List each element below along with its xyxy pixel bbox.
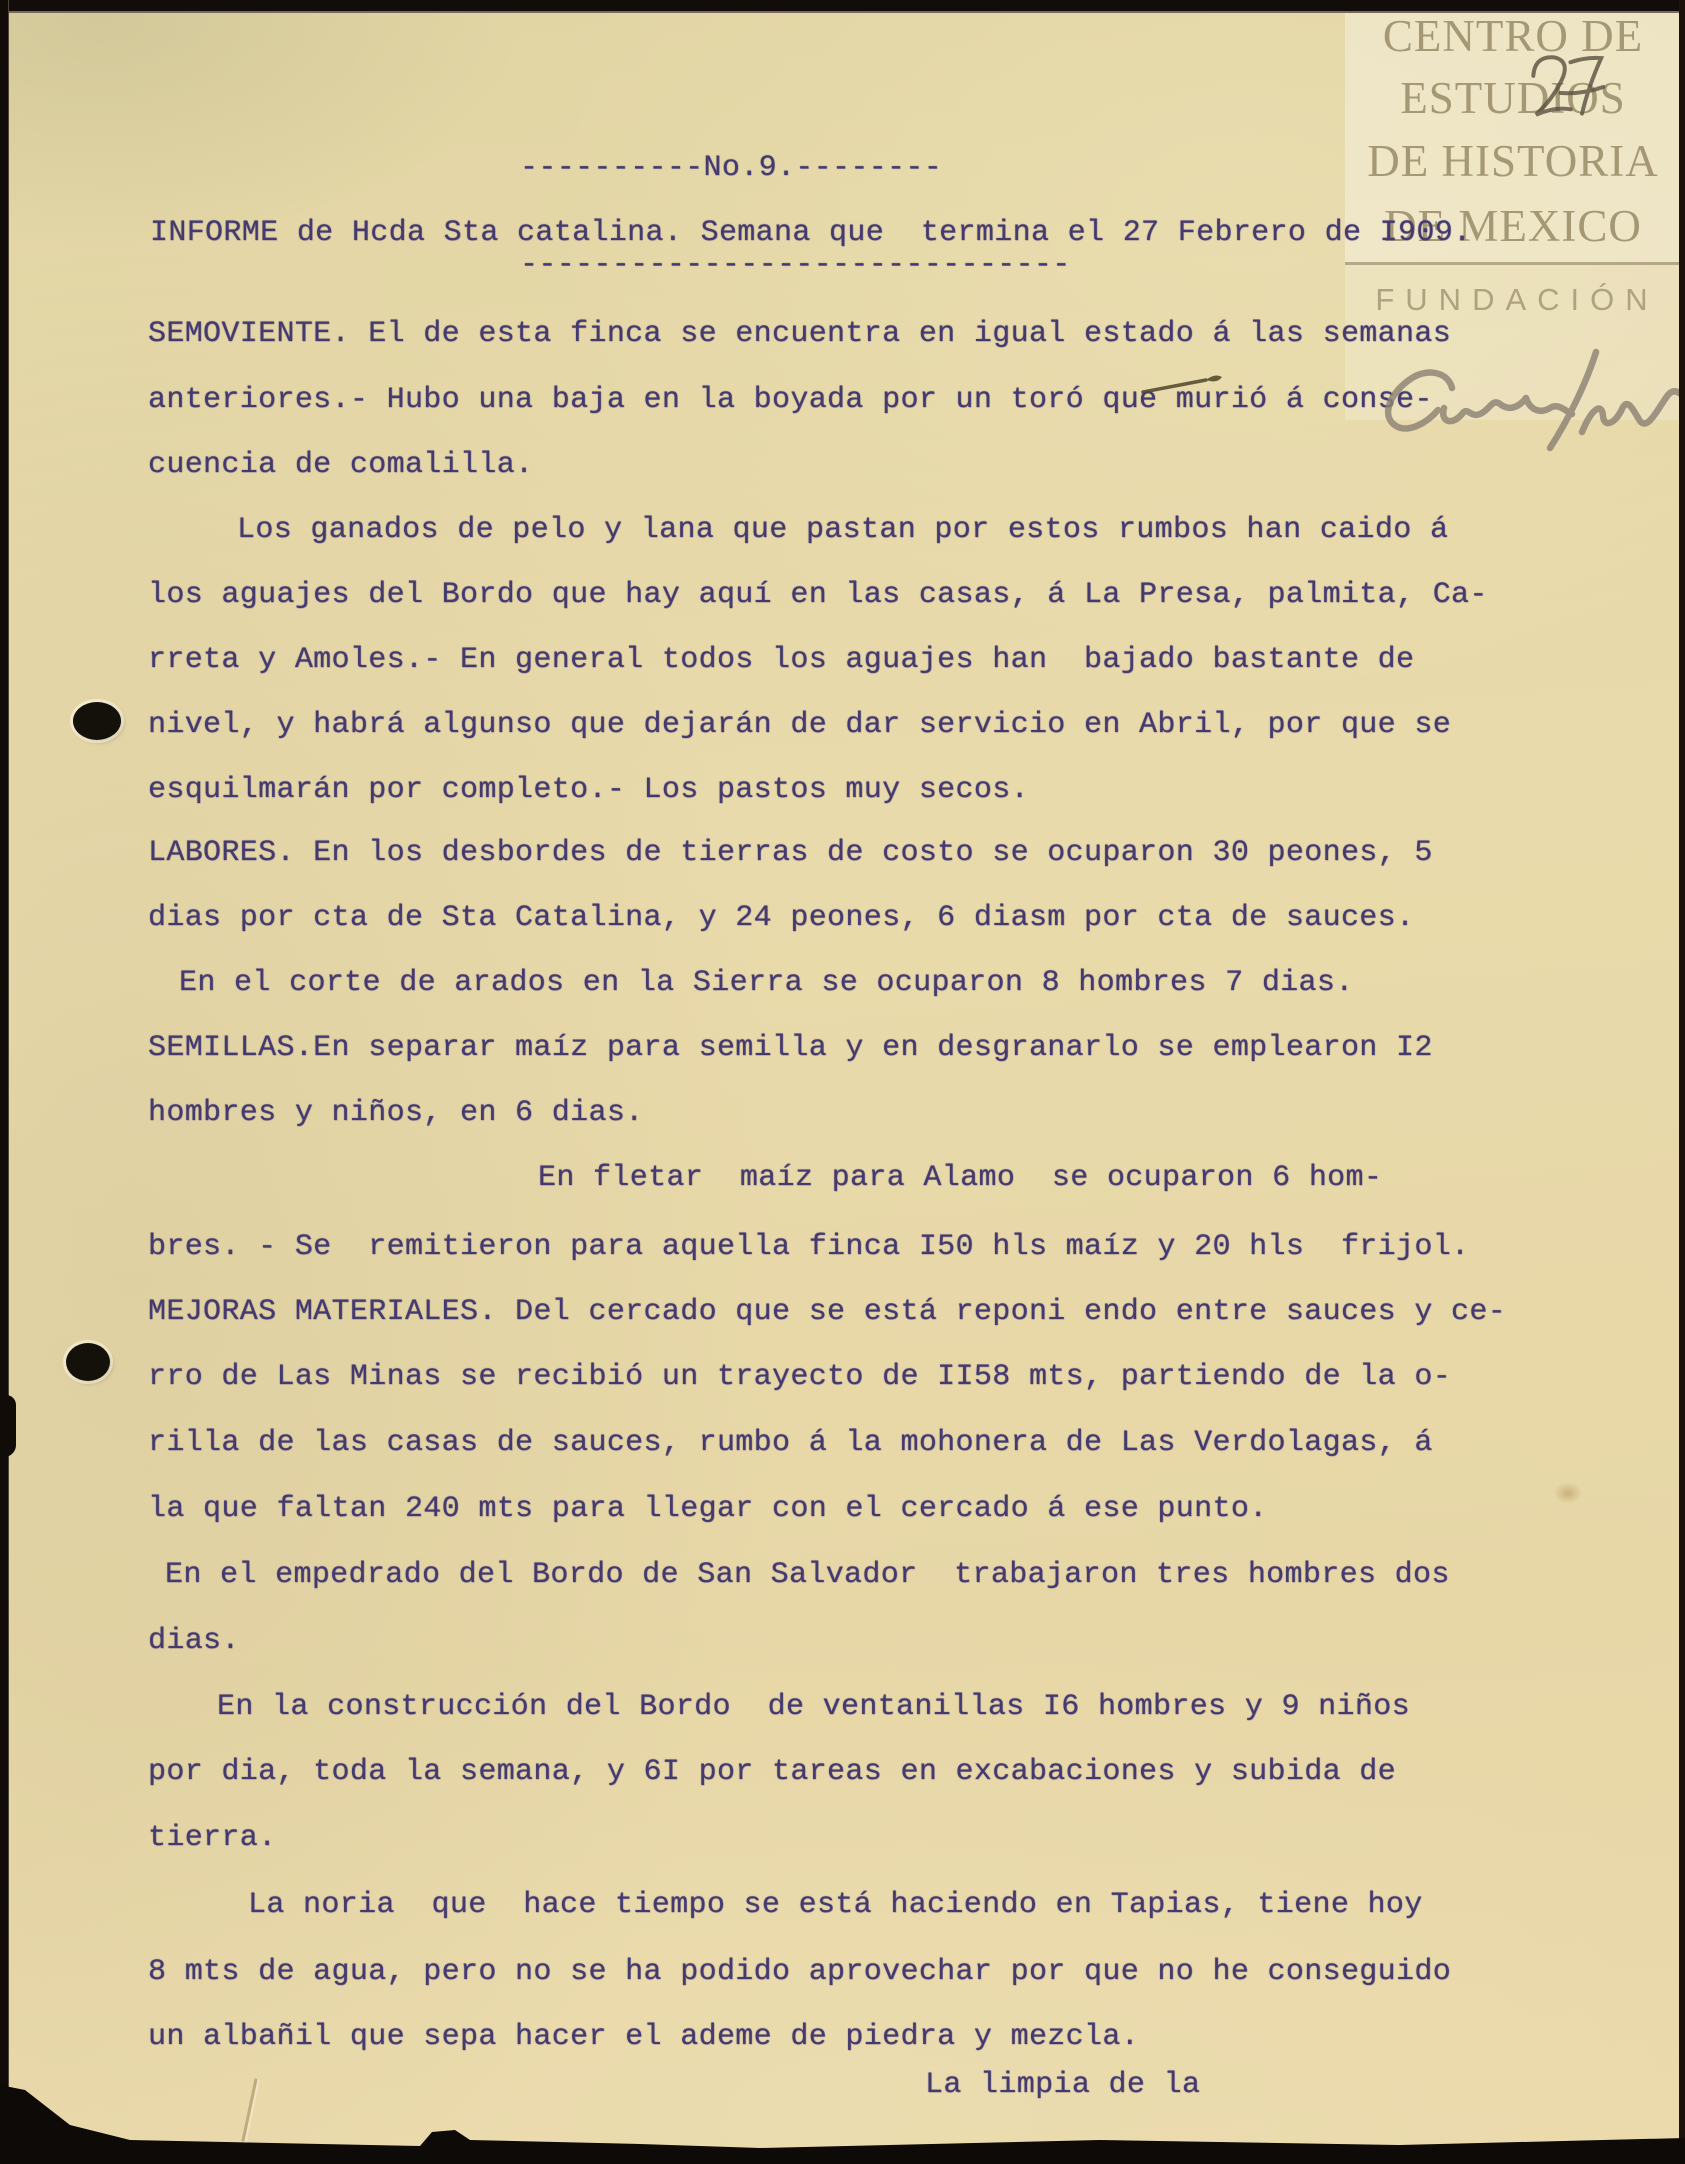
typed-line: rilla de las casas de sauces, rumbo á la…: [148, 1427, 1433, 1459]
paper-stain: [1548, 1478, 1588, 1508]
typed-line: la que faltan 240 mts para llegar con el…: [148, 1493, 1268, 1525]
typed-line: dias por cta de Sta Catalina, y 24 peone…: [148, 902, 1414, 934]
scan-border-left: [0, 0, 9, 2164]
typed-line: 8 mts de agua, pero no se ha podido apro…: [148, 1956, 1451, 1988]
typed-line: nivel, y habrá algunso que dejarán de da…: [148, 709, 1451, 741]
typed-line: En la construcción del Bordo de ventanil…: [217, 1691, 1410, 1723]
typed-line: hombres y niños, en 6 dias.: [148, 1097, 644, 1129]
typed-line: rro de Las Minas se recibió un trayecto …: [148, 1361, 1451, 1393]
typed-line: anteriores.- Hubo una baja en la boyada …: [148, 384, 1433, 416]
typed-line: tierra.: [148, 1822, 276, 1854]
typed-line: SEMOVIENTE. El de esta finca se encuentr…: [148, 318, 1451, 350]
typed-line: MEJORAS MATERIALES. Del cercado que se e…: [148, 1296, 1506, 1328]
typed-line: ----------No.9.--------: [520, 152, 942, 184]
typed-line: un albañil que sepa hacer el ademe de pi…: [148, 2021, 1139, 2053]
typed-line: En el corte de arados en la Sierra se oc…: [179, 967, 1354, 999]
typed-line: LABORES. En los desbordes de tierras de …: [148, 837, 1433, 869]
typed-line: INFORME de Hcda Sta catalina. Semana que…: [150, 217, 1471, 249]
typed-line: cuencia de comalilla.: [148, 449, 533, 481]
scan-border-left-notch: [0, 1395, 16, 1457]
typed-line: ------------------------------: [520, 249, 1071, 281]
typed-line: SEMILLAS.En separar maíz para semilla y …: [148, 1032, 1433, 1064]
typed-line: dias.: [148, 1625, 240, 1657]
typed-line: En el empedrado del Bordo de San Salvado…: [165, 1559, 1450, 1591]
typed-line: Los ganados de pelo y lana que pastan po…: [237, 514, 1448, 546]
typed-line: bres. - Se remitieron para aquella finca…: [148, 1231, 1469, 1263]
typed-line: esquilmarán por completo.- Los pastos mu…: [148, 774, 1029, 806]
punch-hole-bottom: [66, 1343, 110, 1381]
typed-line: La limpia de la: [925, 2069, 1200, 2101]
typed-line: rreta y Amoles.- En general todos los ag…: [148, 644, 1414, 676]
typed-line: La noria que hace tiempo se está haciend…: [248, 1889, 1423, 1921]
typed-line: los aguajes del Bordo que hay aquí en la…: [148, 579, 1488, 611]
scanned-document-page: CENTRO DE ESTUDIOS DE HISTORIA DE MEXICO…: [0, 0, 1685, 2164]
typed-line: por dia, toda la semana, y 6I por tareas…: [148, 1756, 1396, 1788]
scan-border-top: [0, 0, 1685, 13]
typed-line: En fletar maíz para Alamo se ocuparon 6 …: [538, 1162, 1382, 1194]
punch-hole-top: [73, 702, 121, 740]
scan-border-right: [1679, 0, 1685, 2164]
